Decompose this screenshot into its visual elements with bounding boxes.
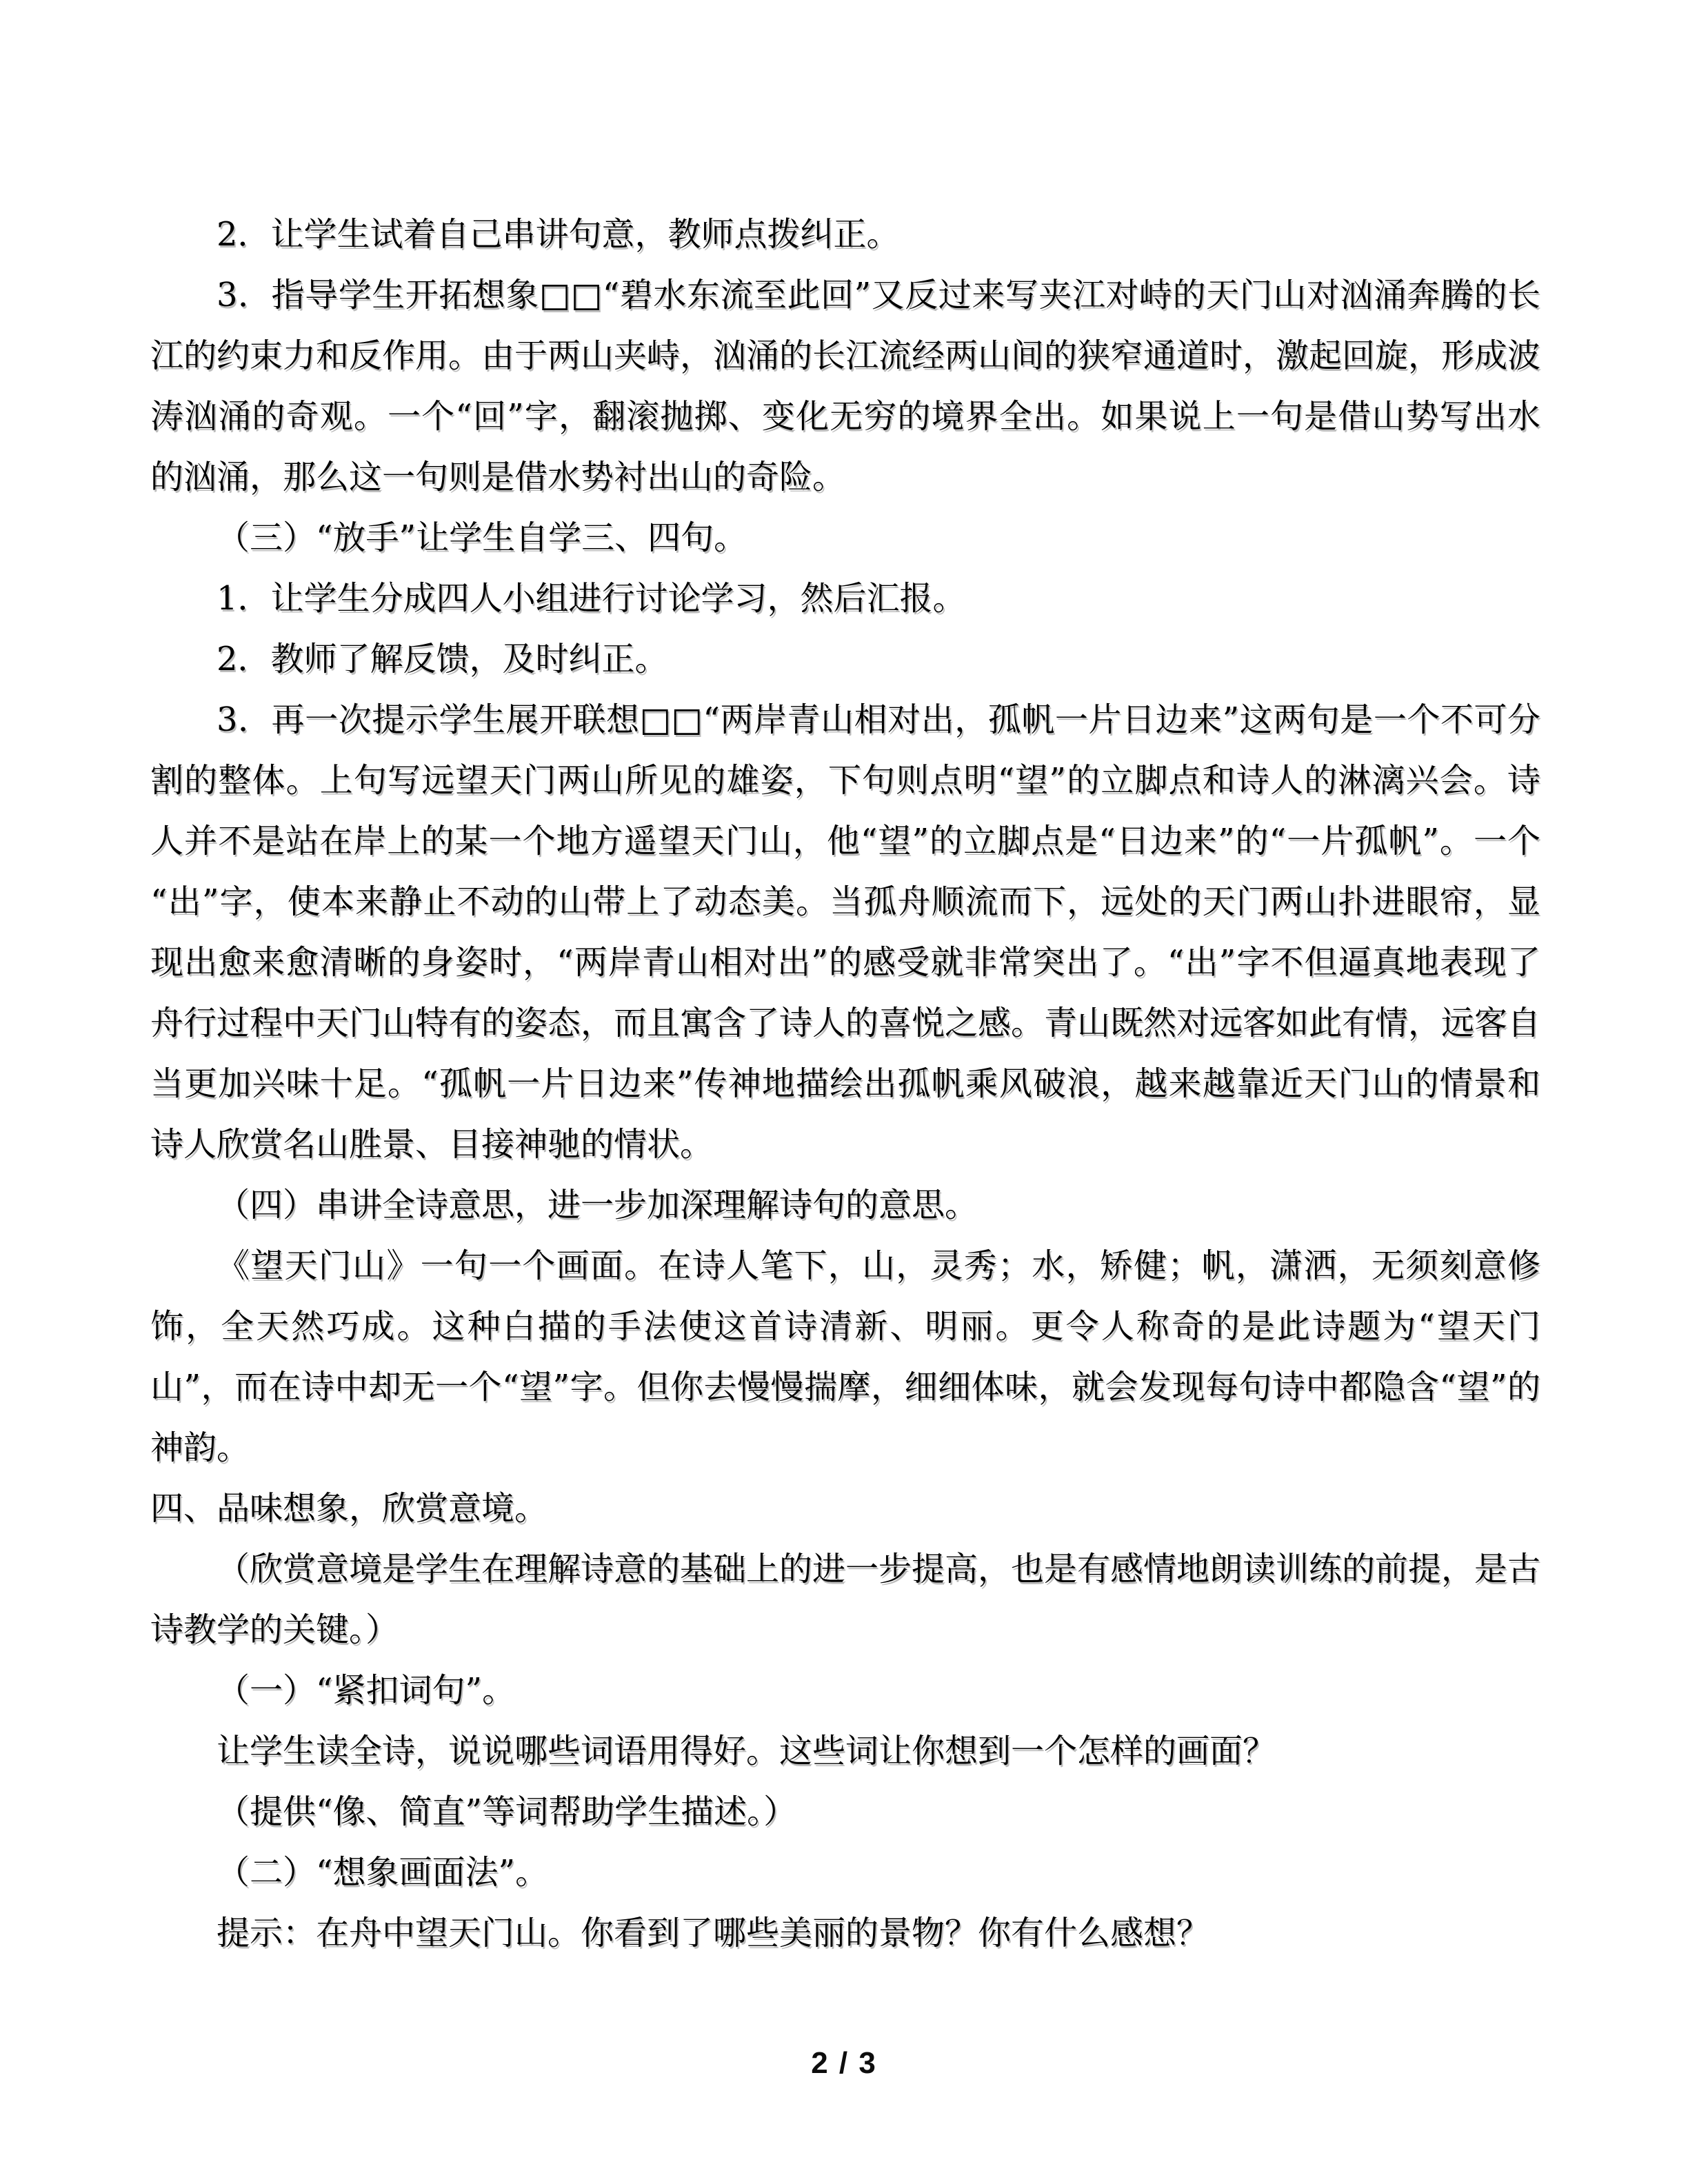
document-page: 2．让学生试着自己串讲句意，教师点拨纠正。 3．指导学生开拓想象□□“碧水东流至… (0, 0, 1688, 2184)
paragraph: 2．教师了解反馈，及时纠正。 (150, 629, 1540, 689)
document-content: 2．让学生试着自己串讲句意，教师点拨纠正。 3．指导学生开拓想象□□“碧水东流至… (150, 204, 1540, 1963)
page-number: 2 / 3 (811, 2046, 877, 2081)
paragraph: （一）“紧扣词句”。 (150, 1660, 1540, 1721)
paragraph: 提示：在舟中望天门山。你看到了哪些美丽的景物？你有什么感想？ (150, 1903, 1540, 1963)
paragraph: 1．让学生分成四人小组进行讨论学习，然后汇报。 (150, 568, 1540, 629)
paragraph: 3．再一次提示学生展开联想□□“两岸青山相对出，孤帆一片日边来”这两句是一个不可… (150, 689, 1540, 1175)
paragraph: （三）“放手”让学生自学三、四句。 (150, 507, 1540, 568)
paragraph: 2．让学生试着自己串讲句意，教师点拨纠正。 (150, 204, 1540, 265)
paragraph: 3．指导学生开拓想象□□“碧水东流至此回”又反过来写夹江对峙的天门山对汹涌奔腾的… (150, 265, 1540, 507)
paragraph: （提供“像、简直”等词帮助学生描述。） (150, 1781, 1540, 1842)
paragraph: 《望天门山》一句一个画面。在诗人笔下，山，灵秀；水，矫健；帆，潇洒，无须刻意修饰… (150, 1235, 1540, 1478)
paragraph: （二）“想象画面法”。 (150, 1842, 1540, 1903)
paragraph: （欣赏意境是学生在理解诗意的基础上的进一步提高，也是有感情地朗读训练的前提，是古… (150, 1539, 1540, 1660)
section-heading: 四、品味想象，欣赏意境。 (150, 1478, 1540, 1539)
paragraph: （四）串讲全诗意思，进一步加深理解诗句的意思。 (150, 1175, 1540, 1235)
page-footer: 2 / 3 (0, 2046, 1688, 2081)
paragraph: 让学生读全诗，说说哪些词语用得好。这些词让你想到一个怎样的画面？ (150, 1721, 1540, 1781)
